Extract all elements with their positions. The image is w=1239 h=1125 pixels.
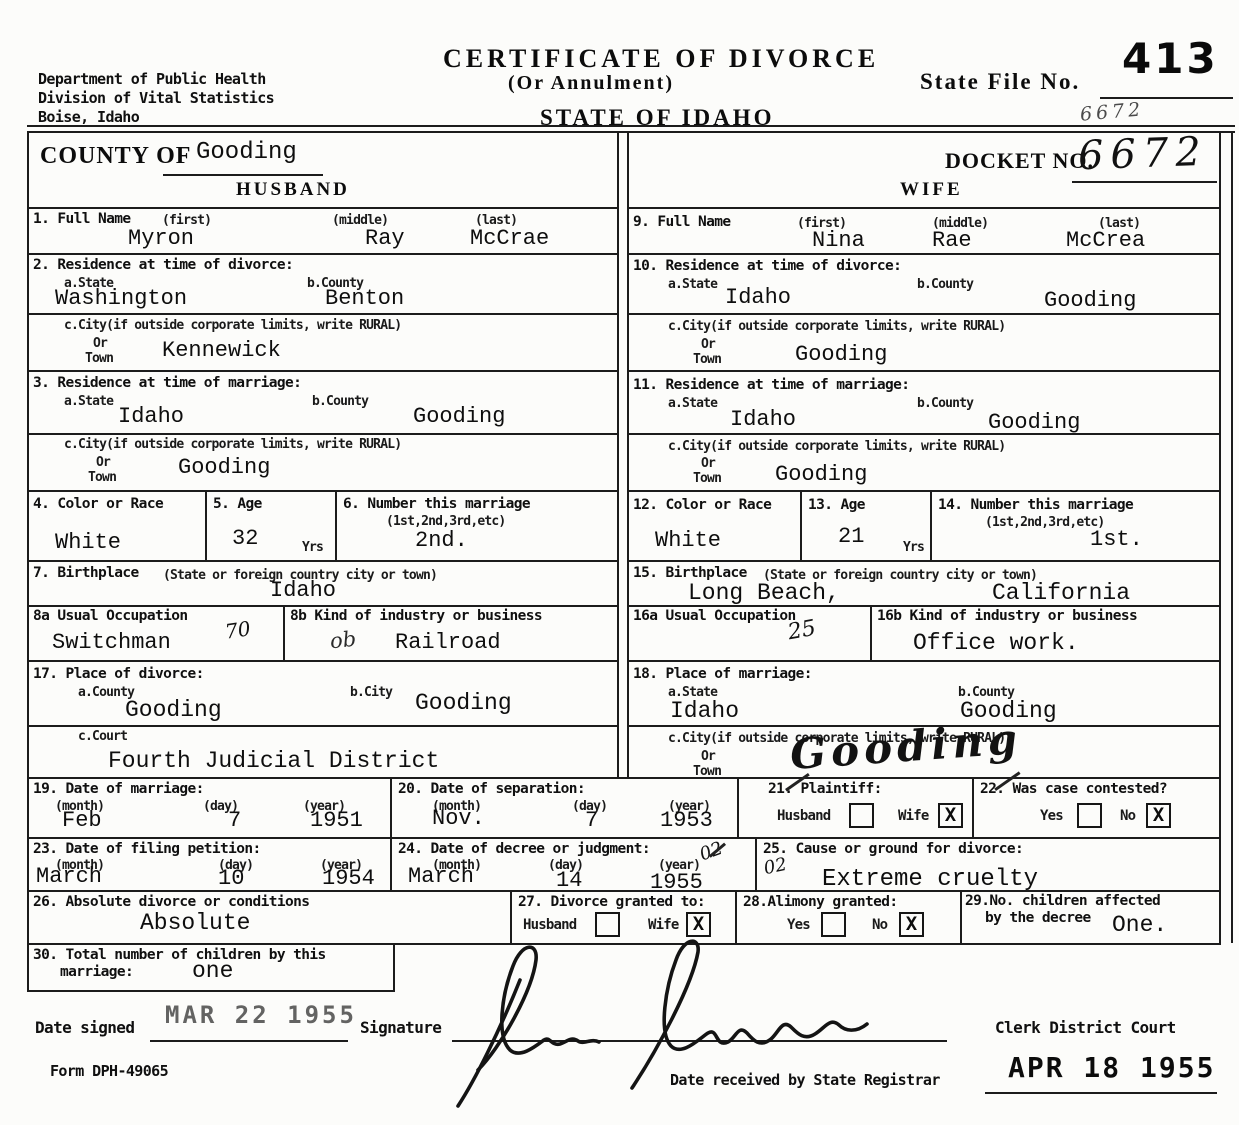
- outer-right-border-2: [1231, 133, 1233, 943]
- field-6-sub: (1st,2nd,3rd,etc): [386, 514, 505, 529]
- field-16a-pen-annotation: 25: [786, 618, 817, 645]
- grid-line: [27, 490, 619, 492]
- field-10-sub-city: c.City(if outside corporate limits, writ…: [668, 319, 1005, 334]
- field-10-sub-county: b.County: [917, 277, 973, 292]
- decree-date-day: 14: [556, 870, 582, 892]
- field-26-label: 26. Absolute divorce or conditions: [33, 894, 309, 910]
- wife-marriage-county: Gooding: [988, 412, 1080, 434]
- husband-marriage-city: Gooding: [178, 457, 270, 479]
- husband-first-name: Myron: [128, 228, 194, 250]
- plaintiff-wife-label: Wife: [898, 808, 929, 824]
- marriage-date-month: Feb: [62, 810, 102, 832]
- grid-line: [627, 490, 1221, 492]
- state-file-underline: [1100, 97, 1233, 99]
- grid-line: [27, 605, 619, 607]
- grid-line: [930, 490, 932, 560]
- document-title: CERTIFICATE OF DIVORCE: [443, 46, 879, 72]
- field-27-label: 27. Divorce granted to:: [518, 894, 705, 910]
- field-15-label: 15. Birthplace: [633, 565, 747, 581]
- field-8a-pen-annotation: 70: [224, 618, 252, 641]
- divorce-place-city: Gooding: [415, 692, 512, 715]
- husband-marriage-county: Gooding: [413, 406, 505, 428]
- wife-first-name: Nina: [812, 230, 865, 252]
- grid-line: [27, 777, 1221, 779]
- wife-divorce-state: Idaho: [725, 287, 791, 309]
- grid-line: [335, 490, 337, 560]
- center-divider-1: [617, 133, 619, 777]
- field-28-label: 28.Alimony granted:: [743, 894, 897, 910]
- petition-date-day: 10: [218, 868, 244, 890]
- document-subtitle: (Or Annulment): [508, 73, 674, 93]
- divorce-place-county: Gooding: [125, 699, 222, 722]
- grid-line: [870, 605, 872, 660]
- grid-line: [205, 490, 207, 560]
- clerk-district-court-label: Clerk District Court: [995, 1018, 1176, 1037]
- wife-column-header: WIFE: [900, 180, 963, 199]
- date-signed-label: Date signed: [35, 1018, 134, 1037]
- grid-line: [627, 660, 1221, 662]
- outer-left-border: [27, 133, 29, 991]
- date-received-label: Date received by State Registrar: [670, 1071, 940, 1089]
- husband-occupation: Switchman: [52, 632, 171, 654]
- field-3-sub-or: Or: [96, 455, 110, 470]
- wife-race: White: [655, 530, 721, 552]
- grid-line: [800, 490, 802, 560]
- husband-age-unit: Yrs: [302, 540, 323, 555]
- field-18-label: 18. Place of marriage:: [633, 666, 812, 682]
- field-30-label-line1: 30. Total number of children by this: [33, 947, 326, 963]
- field-25-label: 25. Cause or ground for divorce:: [763, 841, 1023, 857]
- county-of-value: Gooding: [196, 141, 297, 165]
- grid-line: [390, 777, 392, 890]
- field-11-sub-or: Or: [701, 456, 715, 471]
- field-2-sub-town: Town: [85, 351, 113, 366]
- dept-line-2: Division of Vital Statistics: [38, 89, 274, 107]
- top-rule-1: [27, 125, 1235, 127]
- grid-line: [627, 253, 1221, 255]
- husband-divorce-state: Washington: [55, 288, 187, 310]
- grid-line: [972, 777, 974, 837]
- field-19-label: 19. Date of marriage:: [33, 781, 204, 797]
- petition-date-year: 1954: [322, 868, 375, 890]
- field-22-label: 22. Was case contested?: [980, 781, 1167, 797]
- top-rule-2: [27, 131, 1235, 133]
- alimony-no-checkbox: X: [899, 912, 924, 937]
- field-20-label: 20. Date of separation:: [398, 781, 585, 797]
- separation-date-month: Nov.: [432, 808, 485, 830]
- field-25-pen-annotation: 02: [762, 856, 788, 878]
- wife-birthplace-state: California: [992, 582, 1130, 605]
- wife-middle-name: Rae: [932, 230, 972, 252]
- field-23-label: 23. Date of filing petition:: [33, 841, 261, 857]
- husband-race: White: [55, 532, 121, 554]
- date-received-stamp: APR 18 1955: [1008, 1054, 1215, 1082]
- field-6-label: 6. Number this marriage: [343, 496, 530, 512]
- county-of-label: COUNTY OF: [40, 144, 191, 168]
- field-7-label: 7. Birthplace: [33, 565, 139, 581]
- plaintiff-husband-checkbox: [849, 803, 874, 828]
- field-3-sub-county: b.County: [312, 394, 368, 409]
- grid-line: [27, 370, 619, 372]
- field-3-sub-state: a.State: [64, 394, 113, 409]
- field-18-sub-town: Town: [693, 764, 721, 779]
- field-13-label: 13. Age: [808, 497, 865, 513]
- decree-date-year: 1955: [650, 872, 703, 894]
- field-12-label: 12. Color or Race: [633, 497, 771, 513]
- grid-line: [27, 890, 1221, 892]
- husband-column-header: HUSBAND: [236, 180, 350, 199]
- grid-line: [27, 313, 619, 315]
- contested-no-label: No: [1120, 808, 1135, 824]
- grid-line: [27, 660, 619, 662]
- grid-line: [627, 433, 1221, 435]
- husband-divorce-county: Benton: [325, 288, 404, 310]
- field-14-label: 14. Number this marriage: [938, 497, 1133, 513]
- marriage-date-year: 1951: [310, 810, 363, 832]
- field-10-sub-town: Town: [693, 352, 721, 367]
- dept-line-1: Department of Public Health: [38, 70, 266, 88]
- docket-no-label: DOCKET NO.: [945, 150, 1094, 172]
- divorce-cause: Extreme cruelty: [822, 868, 1038, 892]
- dept-line-3: Boise, Idaho: [38, 108, 139, 126]
- date-signed-stamp: MAR 22 1955: [165, 1003, 357, 1027]
- wife-last-name: McCrea: [1066, 230, 1145, 252]
- field-11-sub-county: b.County: [917, 396, 973, 411]
- field-1-label: 1. Full Name: [33, 211, 131, 227]
- marriage-place-city-handwriting: Gooding: [789, 718, 1023, 776]
- marriage-place-state: Idaho: [670, 700, 739, 723]
- grid-line: [27, 990, 395, 992]
- field-8b-pen-annotation: ob: [329, 629, 357, 653]
- field-24-label: 24. Date of decree or judgment:: [398, 841, 650, 857]
- county-underline: [163, 174, 323, 176]
- separation-date-year: 1953: [660, 810, 713, 832]
- field-10-label: 10. Residence at time of divorce:: [633, 258, 901, 274]
- wife-marriage-city: Gooding: [775, 464, 867, 486]
- field-2-label: 2. Residence at time of divorce:: [33, 257, 293, 273]
- field-8a-label: 8a Usual Occupation: [33, 608, 187, 624]
- field-16a-label: 16a Usual Occupation: [633, 608, 796, 624]
- petition-date-month: March: [36, 866, 102, 888]
- wife-birthplace-city: Long Beach,: [688, 582, 840, 605]
- field-2-sub-or: Or: [93, 336, 107, 351]
- separation-date-day: 7: [585, 810, 598, 832]
- wife-divorce-county: Gooding: [1044, 290, 1136, 312]
- grid-line: [27, 253, 619, 255]
- field-11-sub-town: Town: [693, 471, 721, 486]
- husband-last-name: McCrae: [470, 228, 549, 250]
- docket-scribble-handwriting: 6672: [1079, 100, 1145, 125]
- field-11-sub-city: c.City(if outside corporate limits, writ…: [668, 439, 1005, 454]
- field-11-sub-state: a.State: [668, 396, 717, 411]
- field-18-sub-or: Or: [701, 749, 715, 764]
- grid-line: [755, 837, 757, 890]
- husband-birthplace: Idaho: [270, 580, 336, 602]
- field-5-label: 5. Age: [213, 496, 262, 512]
- contested-yes-checkbox: [1077, 803, 1102, 828]
- field-17-sub-city: b.City: [350, 685, 392, 700]
- field-30-label-line2: marriage:: [60, 964, 133, 980]
- grid-line: [393, 943, 395, 992]
- field-3-sub-town: Town: [88, 470, 116, 485]
- husband-marriage-state: Idaho: [118, 406, 184, 428]
- grid-line: [627, 313, 1221, 315]
- grid-line: [737, 777, 739, 837]
- grid-line: [27, 207, 619, 209]
- field-3-sub-city: c.City(if outside corporate limits, writ…: [64, 437, 401, 452]
- husband-marriage-number: 2nd.: [415, 530, 468, 552]
- grid-line: [27, 837, 1221, 839]
- contested-no-checkbox: X: [1146, 803, 1171, 828]
- state-file-no-label: State File No.: [920, 70, 1080, 93]
- divorce-type: Absolute: [140, 912, 250, 935]
- grid-line: [627, 560, 1221, 562]
- field-29-label-line1: 29.No. children affected: [965, 893, 1160, 909]
- date-received-underline: [985, 1092, 1217, 1094]
- field-17-label: 17. Place of divorce:: [33, 666, 204, 682]
- decree-date-month: March: [408, 866, 474, 888]
- husband-divorce-city: Kennewick: [162, 340, 281, 362]
- wife-age-unit: Yrs: [903, 540, 924, 555]
- field-4-label: 4. Color or Race: [33, 496, 163, 512]
- grid-line: [27, 560, 619, 562]
- wife-divorce-city: Gooding: [795, 344, 887, 366]
- field-14-sub: (1st,2nd,3rd,etc): [985, 515, 1104, 530]
- field-2-sub-city: c.City(if outside corporate limits, writ…: [64, 318, 401, 333]
- field-10-sub-or: Or: [701, 337, 715, 352]
- field-16b-label: 16b Kind of industry or business: [877, 608, 1137, 624]
- contested-yes-label: Yes: [1040, 808, 1063, 824]
- husband-industry: Railroad: [395, 632, 501, 654]
- marriage-date-day: 7: [228, 810, 241, 832]
- divorce-court: Fourth Judicial District: [108, 750, 439, 773]
- certificate-of-divorce-document: Department of Public Health Division of …: [0, 0, 1239, 1125]
- grid-line: [627, 370, 1221, 372]
- field-3-label: 3. Residence at time of marriage:: [33, 375, 301, 391]
- children-total: one: [192, 960, 233, 983]
- docket-underline: [1072, 181, 1217, 183]
- grid-line: [283, 605, 285, 660]
- field-17-sub-court: c.Court: [78, 729, 127, 744]
- field-10-sub-state: a.State: [668, 277, 717, 292]
- field-8b-label: 8b Kind of industry or business: [290, 608, 542, 624]
- husband-middle-name: Ray: [365, 228, 405, 250]
- field-11-label: 11. Residence at time of marriage:: [633, 377, 909, 393]
- plaintiff-wife-checkbox: X: [938, 803, 963, 828]
- grid-line: [27, 725, 619, 727]
- wife-marriage-state: Idaho: [730, 409, 796, 431]
- date-signed-underline: [150, 1040, 348, 1042]
- signature-script: [420, 920, 890, 1120]
- field-9-label: 9. Full Name: [633, 214, 731, 230]
- state-file-no-value: 413: [1122, 38, 1219, 80]
- grid-line: [627, 207, 1221, 209]
- docket-no-value-handwriting: 6672: [1077, 132, 1208, 177]
- wife-age: 21: [838, 526, 864, 548]
- children-affected: One.: [1112, 914, 1167, 937]
- grid-line: [27, 433, 619, 435]
- husband-age: 32: [232, 528, 258, 550]
- field-29-label-line2: by the decree: [985, 910, 1091, 926]
- wife-industry: Office work.: [913, 632, 1079, 655]
- grid-line: [960, 890, 962, 943]
- form-number: Form DPH-49065: [50, 1062, 168, 1080]
- wife-marriage-number: 1st.: [1090, 529, 1143, 551]
- center-divider-2: [627, 133, 629, 777]
- plaintiff-husband-label: Husband: [777, 808, 830, 824]
